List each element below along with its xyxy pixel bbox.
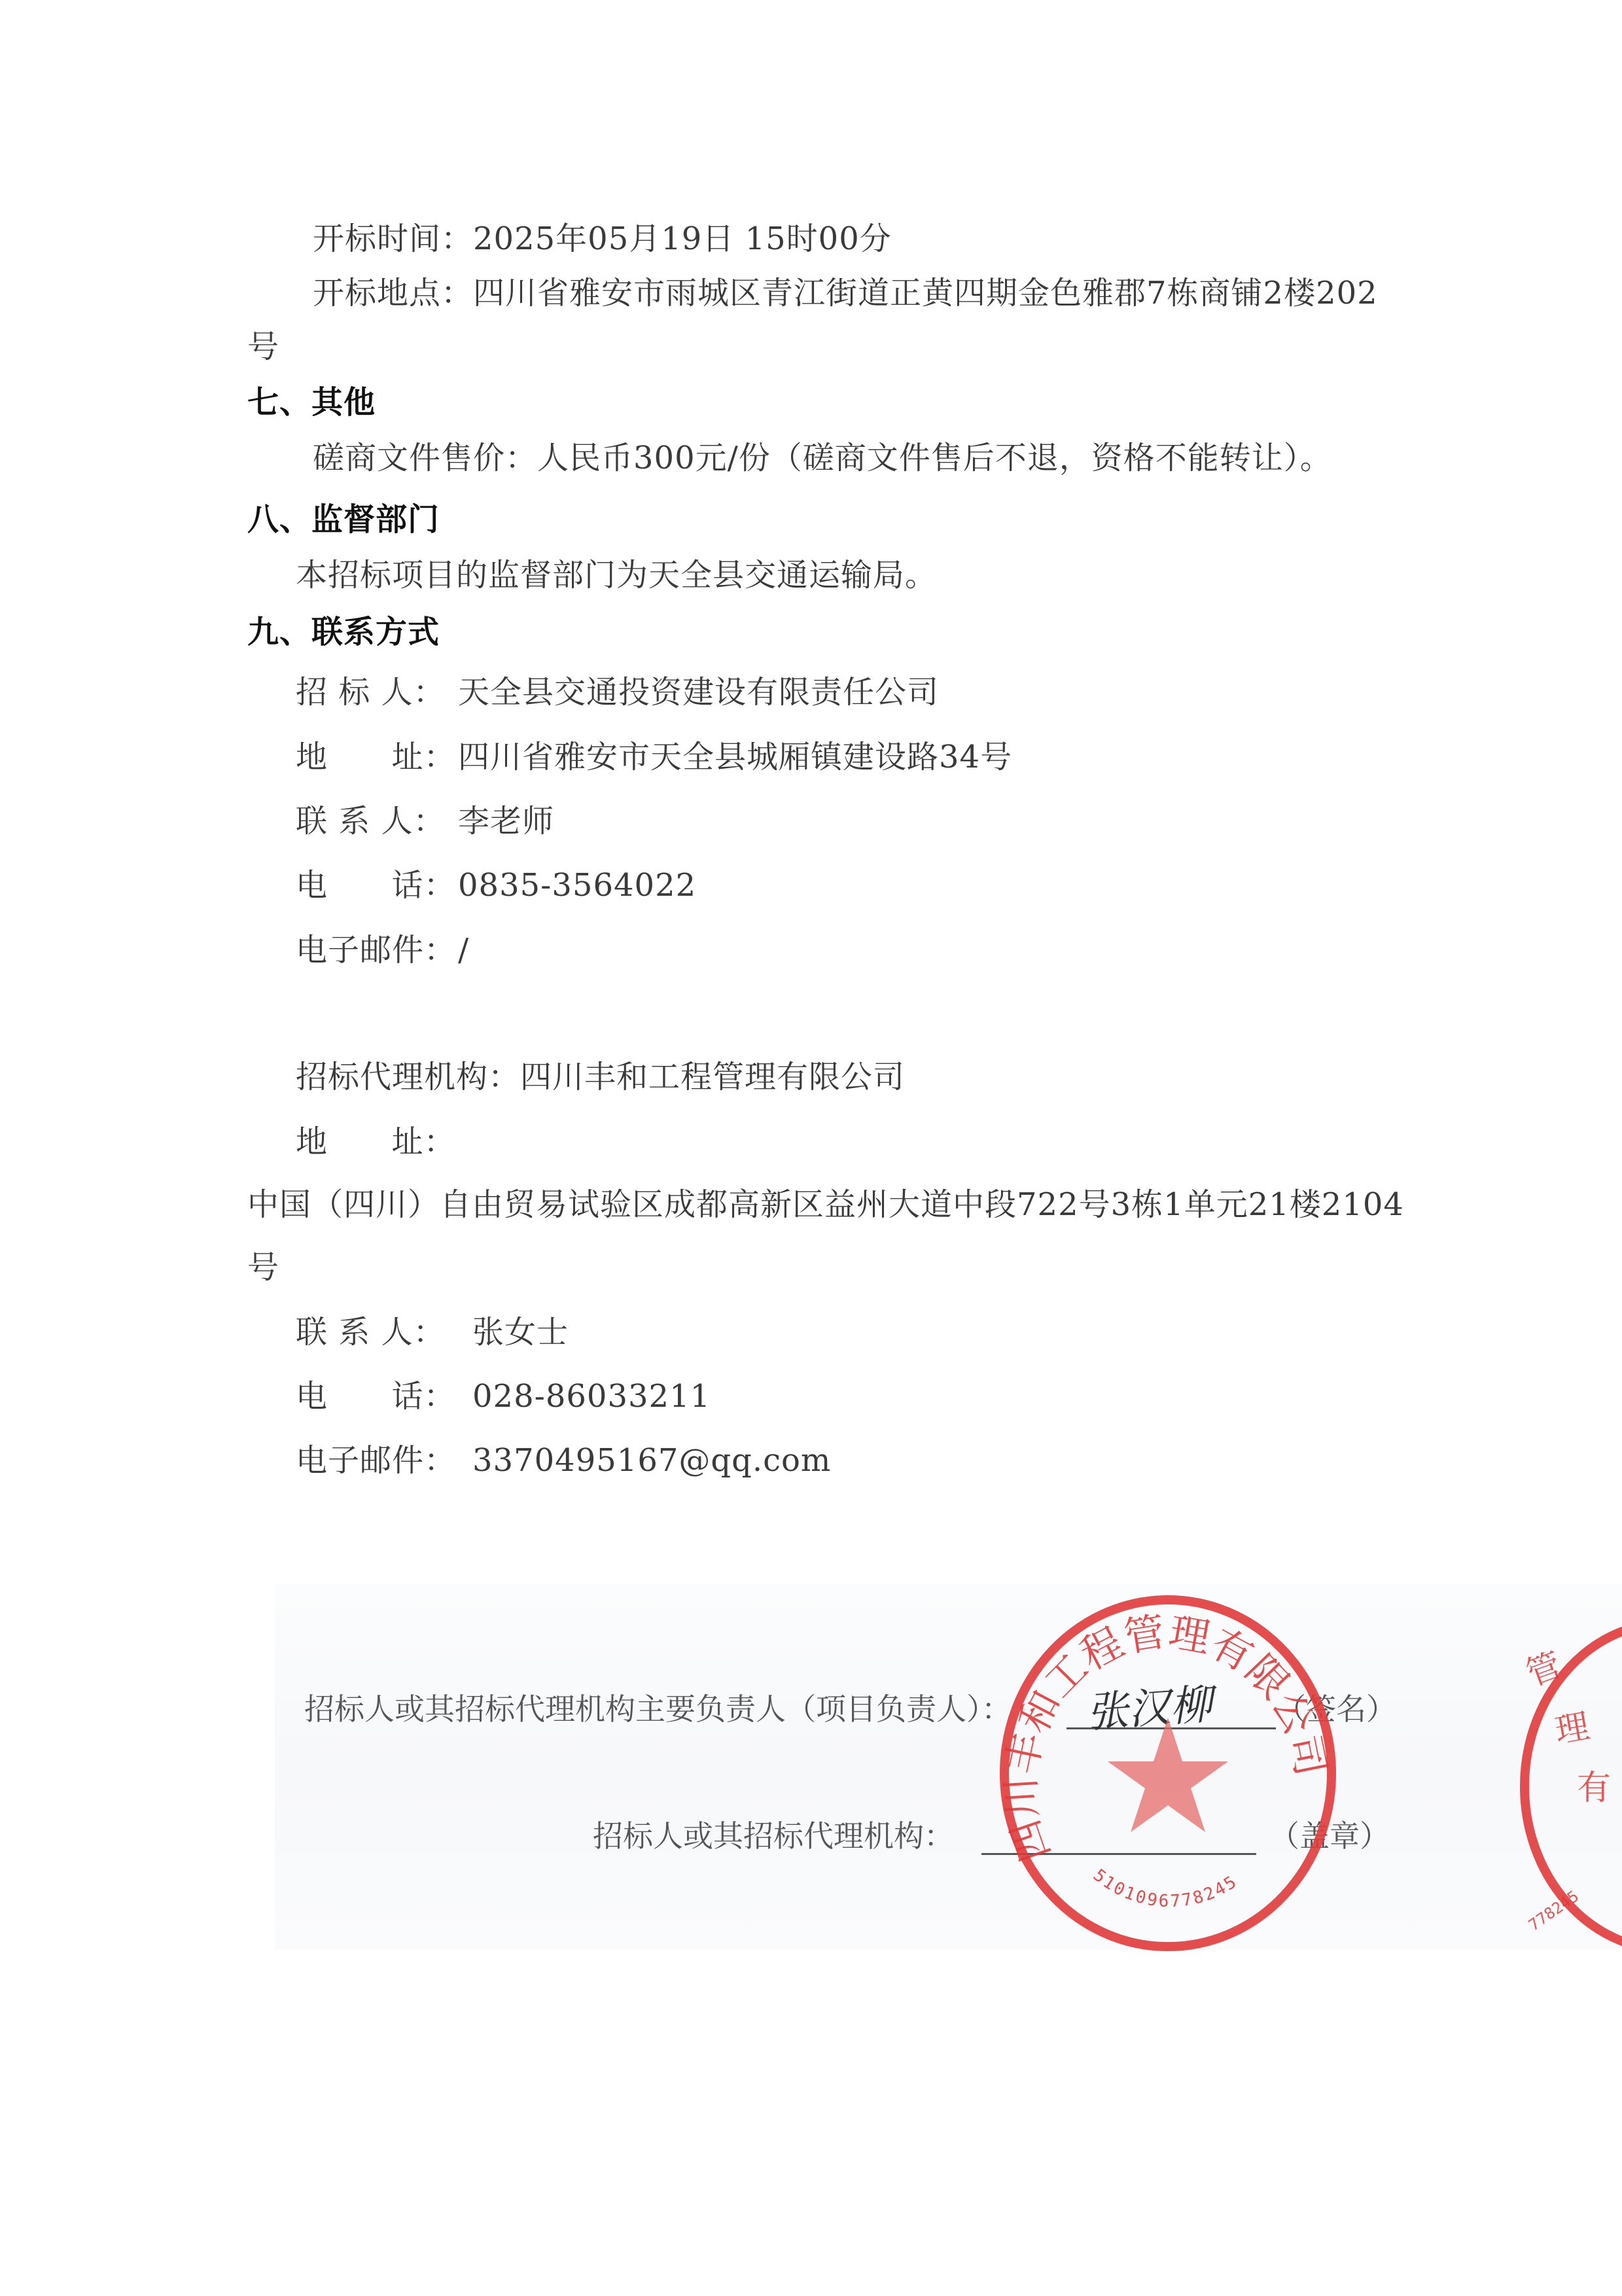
agency-name-label: 招标代理机构： xyxy=(296,1059,520,1095)
leader-label: 招标人或其招标代理机构主要负责人（项目负责人）： xyxy=(304,1686,1012,1729)
tenderer-contact-label: 联 系 人： xyxy=(296,802,458,841)
agency-contact: 联 系 人：张女士 xyxy=(296,1313,569,1352)
tenderer-name-value: 天全县交通投资建设有限责任公司 xyxy=(458,674,939,711)
company-seal-icon: 四川丰和工程管理有限公司 5101096778245 xyxy=(995,1590,1341,1956)
tenderer-phone-label: 电 话： xyxy=(296,866,458,905)
agency-address-cont: 号 xyxy=(247,1248,279,1287)
agency-email: 电子邮件：3370495167@qq.com xyxy=(296,1441,831,1480)
section-7-heading: 七、其他 xyxy=(247,383,376,422)
agency-phone: 电 话：028-86033211 xyxy=(296,1377,711,1416)
agency-contact-label: 联 系 人： xyxy=(296,1313,472,1352)
tenderer-email-value: / xyxy=(458,932,469,968)
agency-name: 招标代理机构：四川丰和工程管理有限公司 xyxy=(296,1057,905,1097)
tenderer-address-label: 地 址： xyxy=(296,737,458,777)
section-9-heading: 九、联系方式 xyxy=(247,612,440,652)
tenderer-address: 地 址：四川省雅安市天全县城厢镇建设路34号 xyxy=(296,737,1012,777)
tenderer-contact-value: 李老师 xyxy=(458,803,554,839)
opening-place-label: 开标地点： xyxy=(313,275,473,311)
tenderer-email: 电子邮件：/ xyxy=(296,930,469,970)
opening-place-value: 四川省雅安市雨城区青江街道正黄四期金色雅郡7栋商铺2楼202 xyxy=(473,275,1378,311)
opening-time-label: 开标时间： xyxy=(313,221,473,257)
opening-time: 开标时间：2025年05月19日 15时00分 xyxy=(313,219,892,258)
section-8-text: 本招标项目的监督部门为天全县交通运输局。 xyxy=(296,556,937,595)
agency-address-value: 中国（四川）自由贸易试验区成都高新区益州大道中段722号3栋1单元21楼2104 xyxy=(247,1185,1404,1224)
partial-seal-icon: 管 理 有 778245 xyxy=(1505,1610,1622,1963)
tenderer-name-label: 招 标 人： xyxy=(296,673,458,712)
tenderer-email-label: 电子邮件： xyxy=(296,930,458,970)
section-7-text: 磋商文件售价：人民币300元/份（磋商文件售后不退，资格不能转让）。 xyxy=(313,438,1332,478)
opening-place: 开标地点：四川省雅安市雨城区青江街道正黄四期金色雅郡7栋商铺2楼202 xyxy=(313,274,1378,313)
tenderer-name: 招 标 人：天全县交通投资建设有限责任公司 xyxy=(296,673,939,712)
svg-text:有: 有 xyxy=(1577,1769,1611,1808)
agency-email-label: 电子邮件： xyxy=(296,1441,472,1480)
org-label: 招标人或其招标代理机构： xyxy=(593,1812,954,1856)
agency-phone-label: 电 话： xyxy=(296,1377,472,1416)
scanned-signature-area xyxy=(275,1583,1622,1950)
svg-text:5101096778245: 5101096778245 xyxy=(1089,1865,1242,1911)
opening-time-value: 2025年05月19日 15时00分 xyxy=(473,221,892,257)
tenderer-contact: 联 系 人：李老师 xyxy=(296,802,554,841)
agency-name-value: 四川丰和工程管理有限公司 xyxy=(520,1059,905,1095)
section-8-heading: 八、监督部门 xyxy=(247,500,440,539)
tenderer-phone: 电 话：0835-3564022 xyxy=(296,866,696,905)
tenderer-address-value: 四川省雅安市天全县城厢镇建设路34号 xyxy=(458,739,1012,775)
agency-phone-value: 028-86033211 xyxy=(472,1378,711,1415)
tenderer-phone-value: 0835-3564022 xyxy=(458,867,696,904)
agency-email-value: 3370495167@qq.com xyxy=(472,1442,831,1479)
agency-contact-value: 张女士 xyxy=(472,1314,569,1351)
svg-text:理: 理 xyxy=(1552,1706,1593,1751)
agency-address-label: 地 址： xyxy=(296,1122,456,1161)
opening-place-cont: 号 xyxy=(247,327,279,366)
svg-text:管: 管 xyxy=(1521,1646,1566,1694)
